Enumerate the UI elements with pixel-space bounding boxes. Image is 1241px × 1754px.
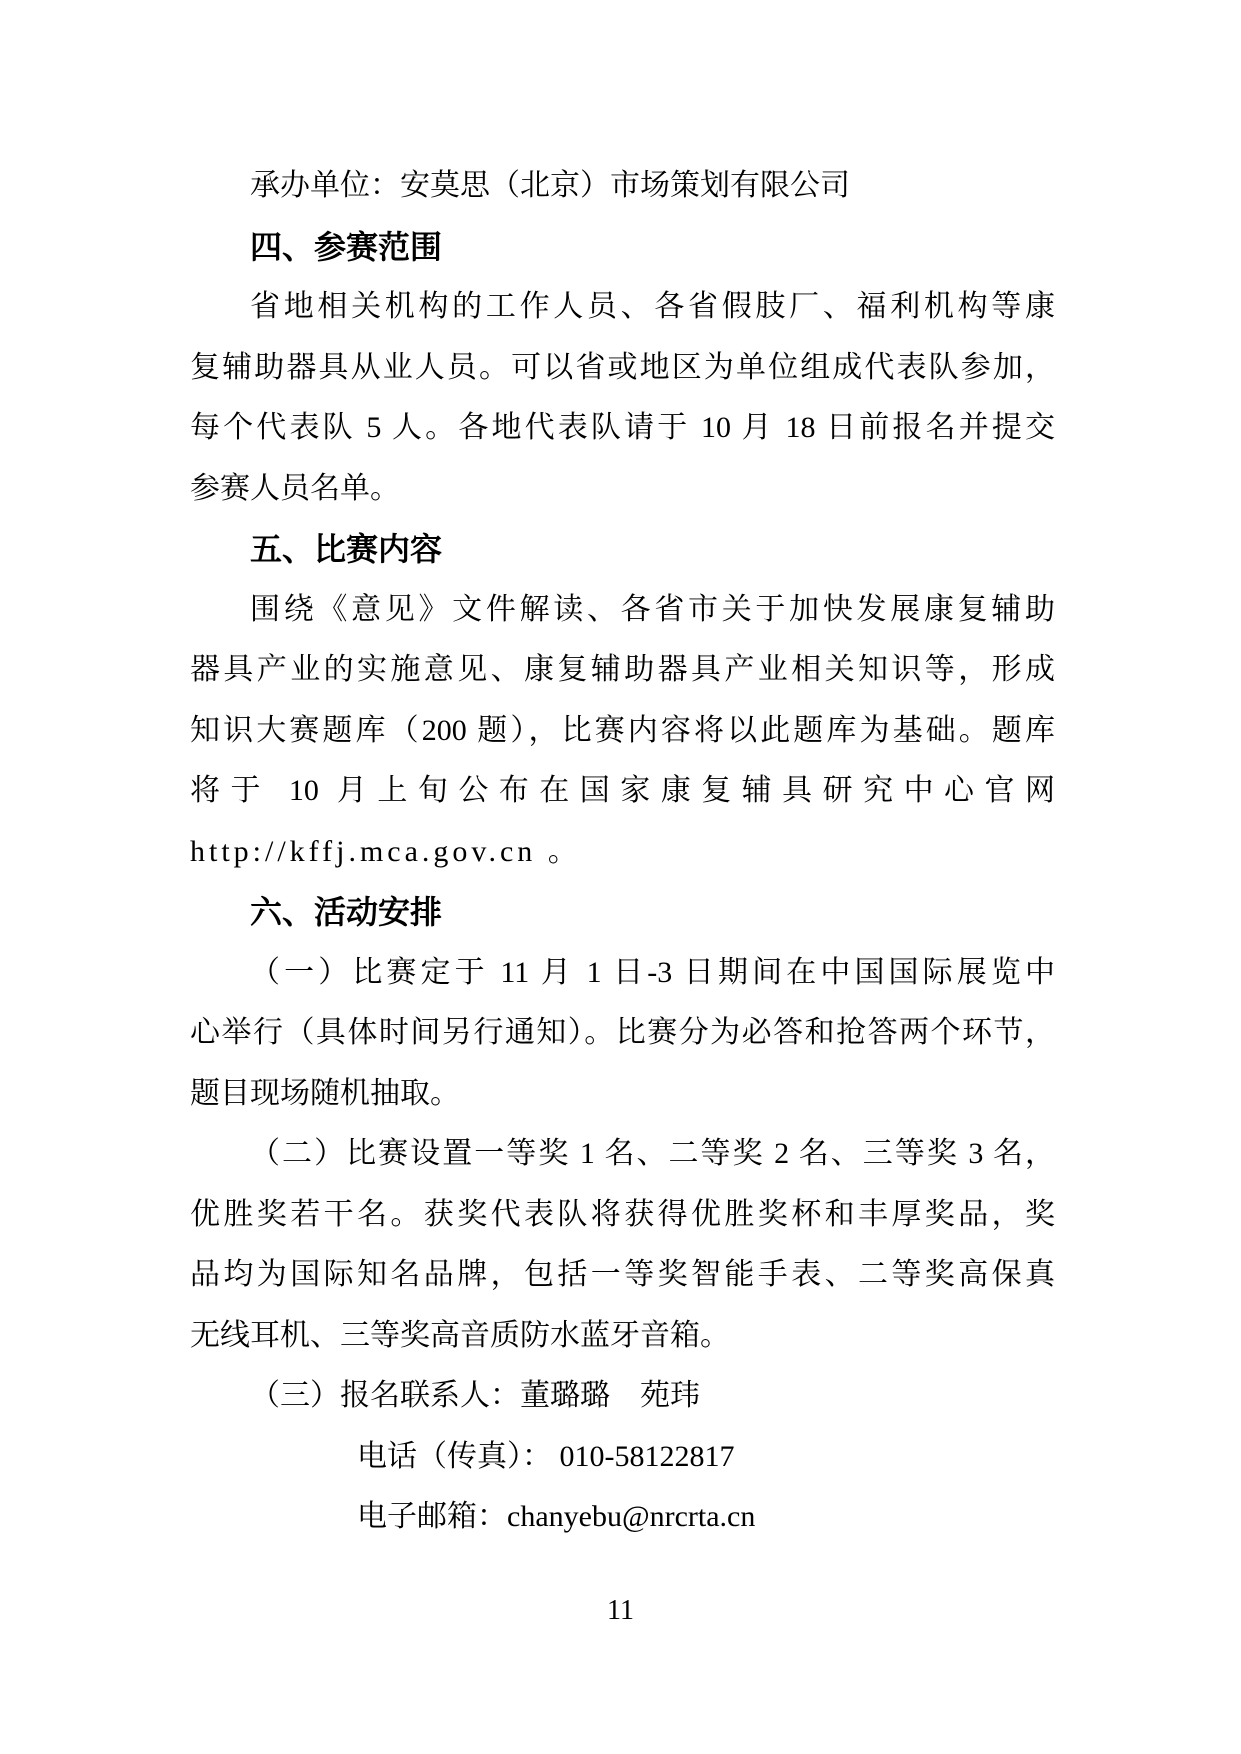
para-content-line-1: 围绕《意见》文件解读、各省市关于加快发展康复辅助	[190, 580, 1055, 641]
document-body: 承办单位：安莫思（北京）市场策划有限公司 四、参赛范围 省地相关机构的工作人员、…	[190, 156, 1055, 1548]
para-schedule-line-1: （一）比赛定于 11 月 1 日-3 日期间在中国国际展览中	[190, 943, 1055, 1004]
page-number: 11	[0, 1586, 1241, 1636]
para-schedule-line-3: 题目现场随机抽取。	[190, 1064, 1055, 1125]
para-scope-line-3: 每个代表队 5 人。各地代表队请于 10 月 18 日前报名并提交	[190, 398, 1055, 459]
line-contact-persons: （三）报名联系人：董璐璐 苑玮	[190, 1366, 1055, 1427]
para-awards-line-4: 无线耳机、三等奖高音质防水蓝牙音箱。	[190, 1306, 1055, 1367]
para-scope-line-4: 参赛人员名单。	[190, 459, 1055, 520]
para-awards-line-2: 优胜奖若干名。获奖代表队将获得优胜奖杯和丰厚奖品，奖	[190, 1185, 1055, 1246]
heading-section-5-content: 五、比赛内容	[190, 519, 1055, 580]
para-content-line-3: 知识大赛题库（200 题），比赛内容将以此题库为基础。题库	[190, 701, 1055, 762]
document-page: 承办单位：安莫思（北京）市场策划有限公司 四、参赛范围 省地相关机构的工作人员、…	[0, 0, 1241, 1754]
heading-section-6-arrangement: 六、活动安排	[190, 882, 1055, 943]
para-scope-line-2: 复辅助器具从业人员。可以省或地区为单位组成代表队参加，	[190, 338, 1055, 399]
line-organizer: 承办单位：安莫思（北京）市场策划有限公司	[190, 156, 1055, 217]
para-content-line-4: 将于 10 月上旬公布在国家康复辅具研究中心官网	[190, 761, 1055, 822]
para-schedule-line-2: 心举行（具体时间另行通知）。比赛分为必答和抢答两个环节，	[190, 1003, 1055, 1064]
para-content-line-2: 器具产业的实施意见、康复辅助器具产业相关知识等，形成	[190, 640, 1055, 701]
line-contact-phone: 电话（传真）： 010-58122817	[190, 1427, 1055, 1488]
para-awards-line-1: （二）比赛设置一等奖 1 名、二等奖 2 名、三等奖 3 名，	[190, 1124, 1055, 1185]
para-scope-line-1: 省地相关机构的工作人员、各省假肢厂、福利机构等康	[190, 277, 1055, 338]
website-url-text: http://kffj.mca.gov.cn 。	[190, 822, 1055, 883]
line-contact-email: 电子邮箱：chanyebu@nrcrta.cn	[190, 1487, 1055, 1548]
heading-section-4-scope: 四、参赛范围	[190, 217, 1055, 278]
para-awards-line-3: 品均为国际知名品牌，包括一等奖智能手表、二等奖高保真	[190, 1245, 1055, 1306]
